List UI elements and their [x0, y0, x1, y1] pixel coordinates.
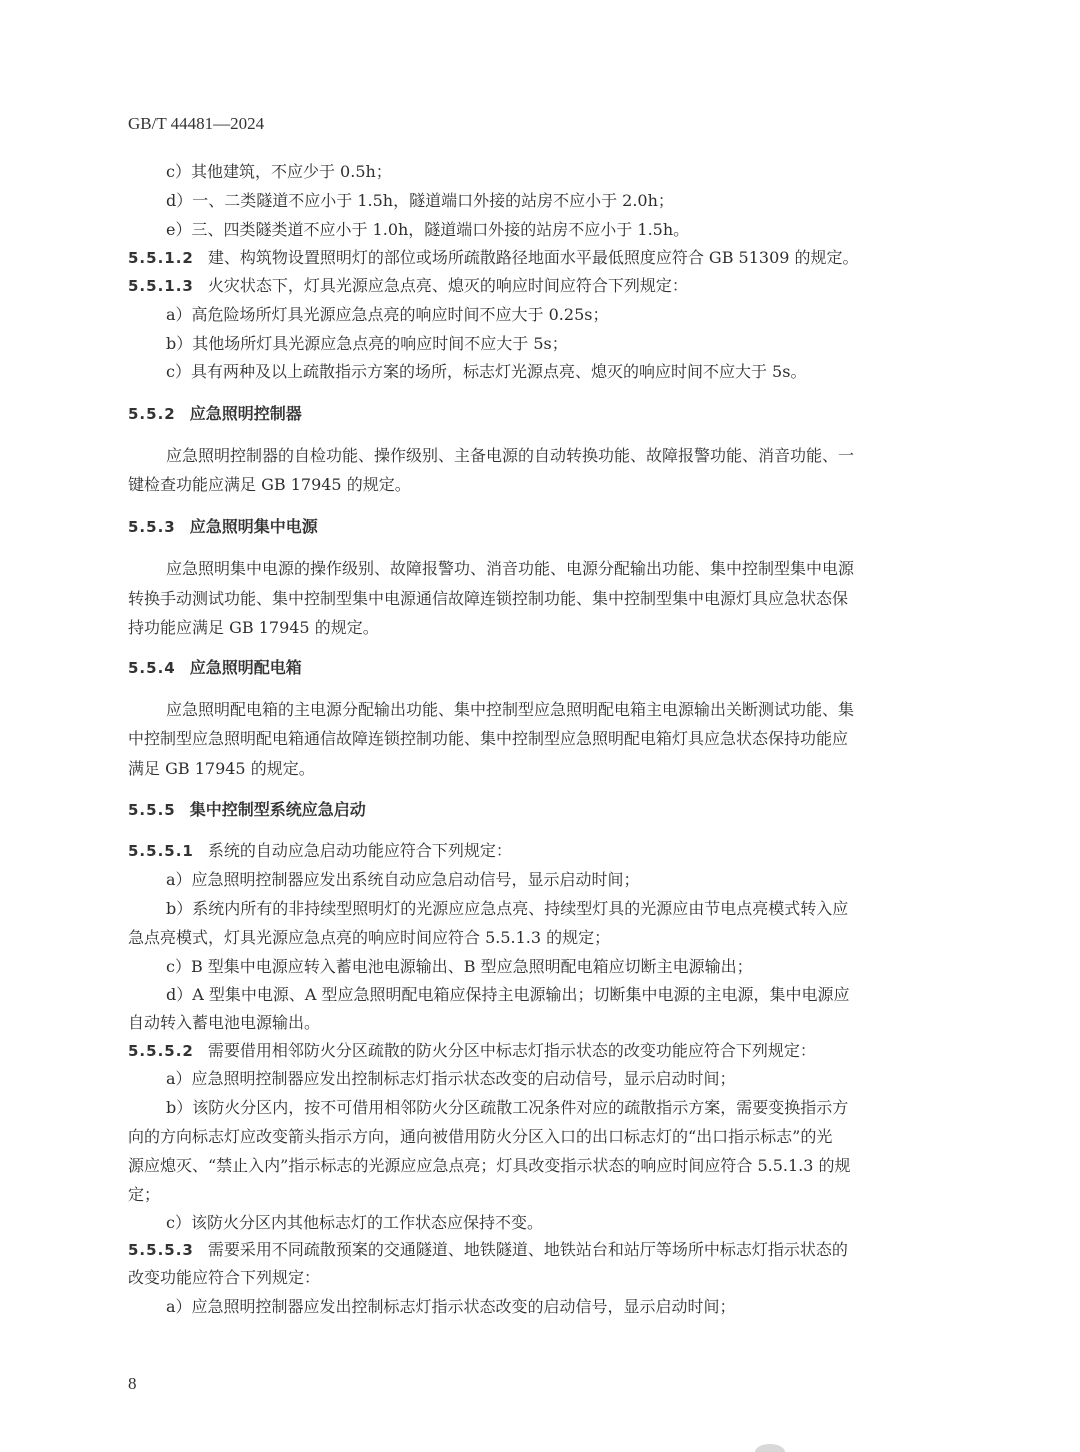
line-text: c）具有两种及以上疏散指示方案的场所，标志灯光源点亮、熄灭的响应时间不应大于 5…	[166, 362, 806, 381]
list-item: c）其他建筑，不应少于 0.5h；	[166, 162, 980, 182]
heading-text: 集中控制型系统应急启动	[190, 800, 366, 819]
clause-line: 5.5.1.2建、构筑物设置照明灯的部位或场所疏散路径地面水平最低照度应符合 G…	[128, 248, 980, 268]
paragraph-line: 应急照明集中电源的操作级别、故障报警功、消音功能、电源分配输出功能、集中控制型集…	[166, 559, 980, 579]
line-text: c）其他建筑，不应少于 0.5h；	[166, 162, 392, 181]
list-item: b）其他场所灯具光源应急点亮的响应时间不应大于 5s；	[166, 334, 980, 354]
scan-artifact	[755, 1444, 785, 1452]
line-text: 需要采用不同疏散预案的交通隧道、地铁隧道、地铁站台和站厅等场所中标志灯指示状态的	[208, 1240, 848, 1259]
heading-text: 应急照明集中电源	[190, 517, 318, 536]
list-item: d）一、二类隧道不应小于 1.5h，隧道端口外接的站房不应小于 2.0h；	[166, 191, 980, 211]
line-text: 满足 GB 17945 的规定。	[128, 759, 315, 778]
clause-line: 5.5.1.3火灾状态下，灯具光源应急点亮、熄灭的响应时间应符合下列规定：	[128, 276, 980, 296]
line-text: d）一、二类隧道不应小于 1.5h，隧道端口外接的站房不应小于 2.0h；	[166, 191, 674, 210]
line-text: 应急照明集中电源的操作级别、故障报警功、消音功能、电源分配输出功能、集中控制型集…	[166, 559, 854, 578]
line-text: e）三、四类隧类道不应小于 1.0h，隧道端口外接的站房不应小于 1.5h。	[166, 220, 689, 239]
list-item: a）应急照明控制器应发出系统自动应急启动信号，显示启动时间；	[166, 870, 980, 890]
list-item: a）应急照明控制器应发出控制标志灯指示状态改变的启动信号，显示启动时间；	[166, 1297, 980, 1317]
clause-number: 5.5.5.3	[128, 1241, 194, 1259]
line-text: b）该防火分区内，按不可借用相邻防火分区疏散工况条件对应的疏散指示方案，需要变换…	[166, 1098, 848, 1117]
line-text: a）高危险场所灯具光源应急点亮的响应时间不应大于 0.25s；	[166, 305, 608, 324]
paragraph-line: 急点亮模式，灯具光源应急点亮的响应时间应符合 5.5.1.3 的规定；	[128, 928, 980, 948]
line-text: 转换手动测试功能、集中控制型集中电源通信故障连锁控制功能、集中控制型集中电源灯具…	[128, 589, 848, 608]
paragraph-line: 转换手动测试功能、集中控制型集中电源通信故障连锁控制功能、集中控制型集中电源灯具…	[128, 589, 980, 609]
line-text: 应急照明配电箱的主电源分配输出功能、集中控制型应急照明配电箱主电源输出关断测试功…	[166, 700, 854, 719]
list-item: c）B 型集中电源应转入蓄电池电源输出、B 型应急照明配电箱应切断主电源输出；	[166, 957, 980, 977]
line-text: 源应熄灭、“禁止入内”指示标志的光源应应急点亮；灯具改变指示状态的响应时间应符合…	[128, 1156, 851, 1175]
paragraph-line: 定；	[128, 1185, 980, 1205]
line-text: 系统的自动应急启动功能应符合下列规定：	[208, 841, 512, 860]
line-text: 键检查功能应满足 GB 17945 的规定。	[128, 475, 411, 494]
paragraph-line: 改变功能应符合下列规定：	[128, 1268, 980, 1288]
paragraph-line: 应急照明配电箱的主电源分配输出功能、集中控制型应急照明配电箱主电源输出关断测试功…	[166, 700, 980, 720]
paragraph-line: 自动转入蓄电池电源输出。	[128, 1013, 980, 1033]
line-text: b）其他场所灯具光源应急点亮的响应时间不应大于 5s；	[166, 334, 568, 353]
paragraph-line: 应急照明控制器的自检功能、操作级别、主备电源的自动转换功能、故障报警功能、消音功…	[166, 446, 980, 466]
clause-number: 5.5.1.3	[128, 277, 194, 295]
heading-text: 应急照明控制器	[190, 404, 302, 423]
line-text: a）应急照明控制器应发出控制标志灯指示状态改变的启动信号，显示启动时间；	[166, 1069, 736, 1088]
clause-number: 5.5.5.2	[128, 1042, 194, 1060]
paragraph-line: 中控制型应急照明配电箱通信故障连锁控制功能、集中控制型应急照明配电箱灯具应急状态…	[128, 729, 980, 749]
line-text: a）应急照明控制器应发出控制标志灯指示状态改变的启动信号，显示启动时间；	[166, 1297, 736, 1316]
line-text: c）B 型集中电源应转入蓄电池电源输出、B 型应急照明配电箱应切断主电源输出；	[166, 957, 753, 976]
list-item: b）系统内所有的非持续型照明灯的光源应应急点亮、持续型灯具的光源应由节电点亮模式…	[166, 899, 980, 919]
section-heading: 5.5.2应急照明控制器	[128, 404, 980, 424]
clause-number: 5.5.2	[128, 405, 176, 423]
paragraph-line: 满足 GB 17945 的规定。	[128, 759, 980, 779]
line-text: 持功能应满足 GB 17945 的规定。	[128, 618, 379, 637]
clause-number: 5.5.5	[128, 801, 176, 819]
clause-line: 5.5.5.1系统的自动应急启动功能应符合下列规定：	[128, 841, 980, 861]
line-text: 需要借用相邻防火分区疏散的防火分区中标志灯指示状态的改变功能应符合下列规定：	[208, 1041, 816, 1060]
list-item: b）该防火分区内，按不可借用相邻防火分区疏散工况条件对应的疏散指示方案，需要变换…	[166, 1098, 980, 1118]
line-text: 中控制型应急照明配电箱通信故障连锁控制功能、集中控制型应急照明配电箱灯具应急状态…	[128, 729, 848, 748]
clause-line: 5.5.5.3需要采用不同疏散预案的交通隧道、地铁隧道、地铁站台和站厅等场所中标…	[128, 1240, 980, 1260]
standard-header: GB/T 44481—2024	[128, 114, 264, 134]
list-item: c）该防火分区内其他标志灯的工作状态应保持不变。	[166, 1213, 980, 1233]
section-heading: 5.5.3应急照明集中电源	[128, 517, 980, 537]
paragraph-line: 键检查功能应满足 GB 17945 的规定。	[128, 475, 980, 495]
clause-number: 5.5.3	[128, 518, 176, 536]
paragraph-line: 源应熄灭、“禁止入内”指示标志的光源应应急点亮；灯具改变指示状态的响应时间应符合…	[128, 1156, 980, 1176]
line-text: b）系统内所有的非持续型照明灯的光源应应急点亮、持续型灯具的光源应由节电点亮模式…	[166, 899, 848, 918]
line-text: d）A 型集中电源、A 型应急照明配电箱应保持主电源输出；切断集中电源的主电源，…	[166, 985, 850, 1004]
list-item: c）具有两种及以上疏散指示方案的场所，标志灯光源点亮、熄灭的响应时间不应大于 5…	[166, 362, 980, 382]
page-number: 8	[128, 1374, 137, 1394]
line-text: 火灾状态下，灯具光源应急点亮、熄灭的响应时间应符合下列规定：	[208, 276, 688, 295]
line-text: 改变功能应符合下列规定：	[128, 1268, 320, 1287]
list-item: e）三、四类隧类道不应小于 1.0h，隧道端口外接的站房不应小于 1.5h。	[166, 220, 980, 240]
list-item: a）应急照明控制器应发出控制标志灯指示状态改变的启动信号，显示启动时间；	[166, 1069, 980, 1089]
clause-number: 5.5.4	[128, 659, 176, 677]
clause-number: 5.5.1.2	[128, 249, 194, 267]
list-item: d）A 型集中电源、A 型应急照明配电箱应保持主电源输出；切断集中电源的主电源，…	[166, 985, 980, 1005]
line-text: 应急照明控制器的自检功能、操作级别、主备电源的自动转换功能、故障报警功能、消音功…	[166, 446, 854, 465]
line-text: c）该防火分区内其他标志灯的工作状态应保持不变。	[166, 1213, 543, 1232]
paragraph-line: 持功能应满足 GB 17945 的规定。	[128, 618, 980, 638]
section-heading: 5.5.4应急照明配电箱	[128, 658, 980, 678]
heading-text: 应急照明配电箱	[190, 658, 302, 677]
line-text: 急点亮模式，灯具光源应急点亮的响应时间应符合 5.5.1.3 的规定；	[128, 928, 610, 947]
line-text: 向的方向标志灯应改变箭头指示方向，通向被借用防火分区入口的出口标志灯的“出口指示…	[128, 1127, 832, 1146]
list-item: a）高危险场所灯具光源应急点亮的响应时间不应大于 0.25s；	[166, 305, 980, 325]
line-text: 建、构筑物设置照明灯的部位或场所疏散路径地面水平最低照度应符合 GB 51309…	[208, 248, 859, 267]
clause-line: 5.5.5.2需要借用相邻防火分区疏散的防火分区中标志灯指示状态的改变功能应符合…	[128, 1041, 980, 1061]
paragraph-line: 向的方向标志灯应改变箭头指示方向，通向被借用防火分区入口的出口标志灯的“出口指示…	[128, 1127, 980, 1147]
line-text: 自动转入蓄电池电源输出。	[128, 1013, 320, 1032]
section-heading: 5.5.5集中控制型系统应急启动	[128, 800, 980, 820]
clause-number: 5.5.5.1	[128, 842, 194, 860]
line-text: a）应急照明控制器应发出系统自动应急启动信号，显示启动时间；	[166, 870, 640, 889]
line-text: 定；	[128, 1185, 160, 1204]
